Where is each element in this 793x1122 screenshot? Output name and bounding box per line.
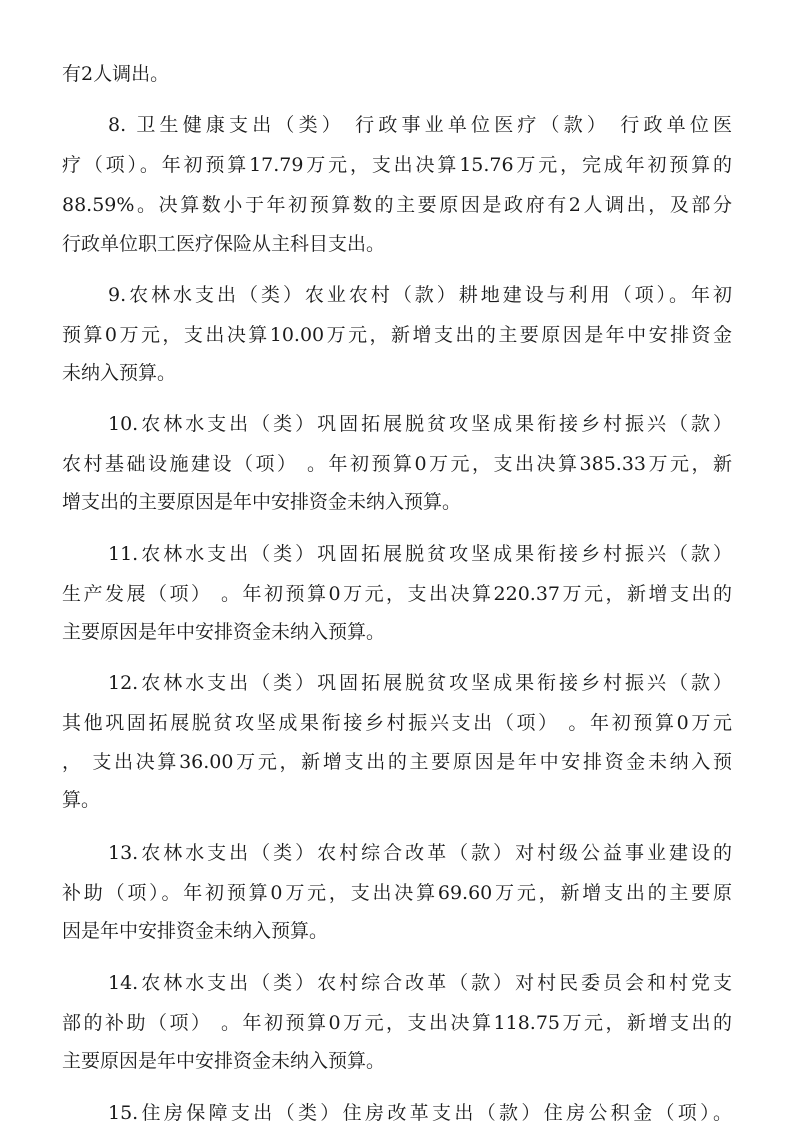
paragraph-line: 部的补助（项） 。年初预算0万元，支出决算118.75万元，新增支出的 [62,1008,732,1038]
paragraph-line: 13.农林水支出（类）农村综合改革（款）对村级公益事业建设的 [108,838,732,868]
paragraph-line: 11.农林水支出（类）巩固拓展脱贫攻坚成果衔接乡村振兴（款） [108,539,732,569]
paragraph-line: 14.农林水支出（类）农村综合改革（款）对村民委员会和村党支 [108,968,732,998]
paragraph-line: 88.59%。决算数小于年初预算数的主要原因是政府有2人调出，及部分 [62,190,732,220]
paragraph-line: 算。 [62,785,732,815]
paragraph-line: 行政单位职工医疗保险从主科目支出。 [62,229,732,259]
paragraph-line: 其他巩固拓展脱贫攻坚成果衔接乡村振兴支出（项） 。年初预算0万元 [62,708,732,738]
paragraph-line: 10.农林水支出（类）巩固拓展脱贫攻坚成果衔接乡村振兴（款） [108,409,732,439]
paragraph-line: 生产发展（项） 。年初预算0万元，支出决算220.37万元，新增支出的 [62,579,732,609]
continuation-line: 有2人调出。 [62,59,732,89]
paragraph-line: 预算0万元，支出决算10.00万元，新增支出的主要原因是年中安排资金 [62,320,732,350]
paragraph-line: 8. 卫生健康支出（类） 行政事业单位医疗（款） 行政单位医 [108,110,732,140]
paragraph-line: 增支出的主要原因是年中安排资金未纳入预算。 [62,487,732,517]
document-page: 有2人调出。 8. 卫生健康支出（类） 行政事业单位医疗（款） 行政单位医 疗（… [0,0,793,1122]
paragraph-line: 未纳入预算。 [62,358,732,388]
paragraph-line: ， 支出决算36.00万元，新增支出的主要原因是年中安排资金未纳入预 [62,747,732,777]
paragraph-line: 15.住房保障支出（类）住房改革支出（款）住房公积金（项）。 [108,1098,732,1122]
paragraph-line: 主要原因是年中安排资金未纳入预算。 [62,1046,732,1076]
paragraph-line: 12.农林水支出（类）巩固拓展脱贫攻坚成果衔接乡村振兴（款） [108,668,732,698]
paragraph-line: 因是年中安排资金未纳入预算。 [62,916,732,946]
paragraph-line: 疗（项）。年初预算17.79万元，支出决算15.76万元，完成年初预算的 [62,150,732,180]
paragraph-line: 农村基础设施建设（项） 。年初预算0万元，支出决算385.33万元，新 [62,449,732,479]
paragraph-line: 补助（项）。年初预算0万元，支出决算69.60万元，新增支出的主要原 [62,878,732,908]
paragraph-line: 9.农林水支出（类）农业农村（款）耕地建设与利用（项）。年初 [108,280,732,310]
paragraph-line: 主要原因是年中安排资金未纳入预算。 [62,617,732,647]
